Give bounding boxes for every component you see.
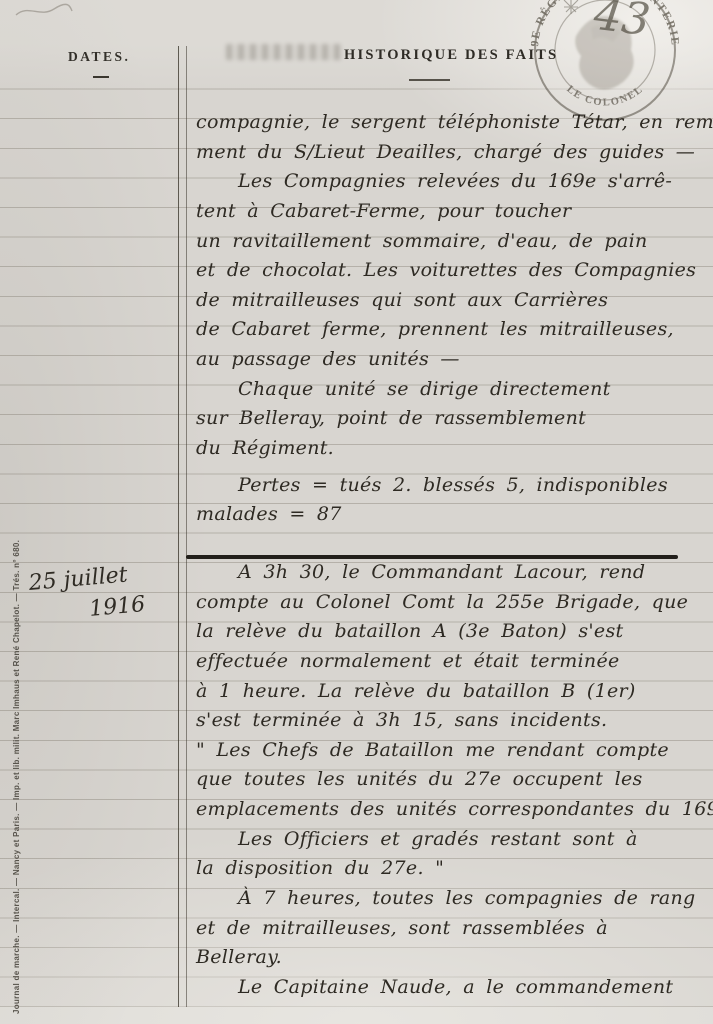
journal-entry-2: A 3h 30, le Commandant Lacour, rend comp… [186,561,712,1006]
journal-line: Belleray. [186,946,712,976]
journal-line: emplacements des unités correspondantes … [186,798,712,828]
page-title: HISTORIQUE DES FAITS [344,47,558,64]
entry-date: 25 juillet 1916 [28,561,146,627]
journal-line: A 3h 30, le Commandant Lacour, rend [186,561,712,591]
journal-line: à 1 heure. La relève du bataillon B (1er… [186,680,712,710]
journal-entry-1: compagnie, le sergent téléphoniste Tétar… [186,111,712,533]
journal-line: un ravitaillement sommaire, d'eau, de pa… [186,230,712,260]
journal-line: À 7 heures, toutes les compagnies de ran… [186,887,712,917]
column-divider-line [178,46,179,1007]
pencil-scribble [14,2,74,20]
title-underline [409,79,450,81]
journal-line: que toutes les unités du 27e occupent le… [186,768,712,798]
dates-header-dash [93,76,109,78]
ink-smudge [226,44,342,60]
journal-line: la relève du bataillon A (3e Baton) s'es… [186,620,712,650]
stamp-star-burst [564,0,578,14]
journal-line: Chaque unité se dirige directement [186,378,712,408]
journal-line: de mitrailleuses qui sont aux Carrières [186,289,712,319]
journal-line: au passage des unités — [186,348,712,378]
entry-separator-rule [186,555,678,559]
printer-imprint: Journal de marche. — Intercal. — Nancy e… [12,364,21,1014]
dates-column-header: DATES. [68,49,130,65]
page-bottom-blank [0,1007,713,1024]
journal-line-pertes: Pertes = tués 2. blessés 5, indisponible… [186,474,712,504]
journal-line: du Régiment. [186,437,712,467]
journal-line: Le Capitaine Naude, a le commandement [186,976,712,1006]
journal-line: de Cabaret ferme, prennent les mitraille… [186,318,712,348]
handwritten-folio-number: 43 [591,0,653,46]
journal-line: Les Compagnies relevées du 169e s'arrê- [186,170,712,200]
journal-line: effectuée normalement et était terminée [186,650,712,680]
entry-date-year: 1916 [88,592,146,622]
journal-line: compte au Colonel Comt la 255e Brigade, … [186,591,712,621]
journal-line: Les Officiers et gradés restant sont à [186,828,712,858]
journal-line: la disposition du 27e. " [186,857,712,887]
journal-line: et de mitrailleuses, sont rassemblées à [186,917,712,947]
journal-line: s'est terminée à 3h 15, sans incidents. [186,709,712,739]
journal-line: tent à Cabaret-Ferme, pour toucher [186,200,712,230]
journal-line: malades = 87 [186,503,712,533]
journal-line: sur Belleray, point de rassemblement [186,407,712,437]
journal-line: ment du S/Lieut Deailles, chargé des gui… [186,141,712,171]
journal-line: " Les Chefs de Bataillon me rendant comp… [186,739,712,769]
journal-line: et de chocolat. Les voiturettes des Comp… [186,259,712,289]
